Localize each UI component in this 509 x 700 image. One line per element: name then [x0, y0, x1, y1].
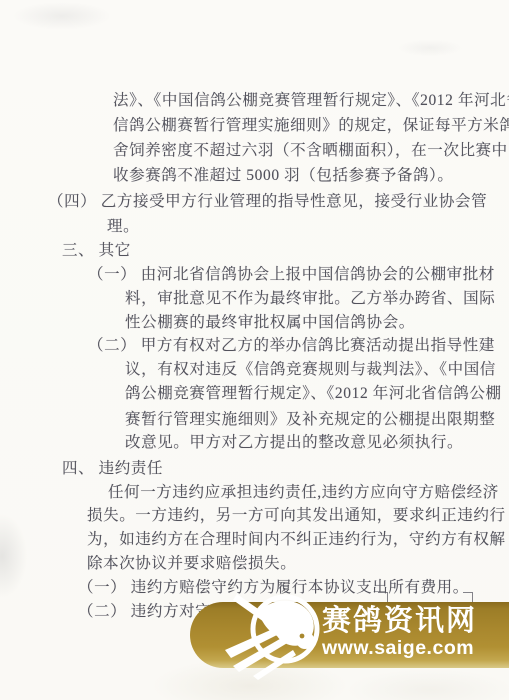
document-line: 舍饲养密度不超过六羽（不含晒棚面积），在一次比赛中 — [113, 138, 508, 160]
document-line: 议，有权对违反《信鸽竞赛规则与裁判法》、《中国信 — [125, 357, 496, 379]
document-line: （四） 乙方接受甲方行业管理的指导性意见，接受行业协会管 — [48, 189, 487, 211]
document-line: 信鸽公棚赛暂行管理实施细则》的规定，保证每平方米鸽 — [113, 113, 509, 135]
document-line: 法》、《中国信鸽公棚竞赛管理暂行规定》、《2012 年河北省 — [113, 88, 509, 110]
document-line: 改意见。甲方对乙方提出的整改意见必须执行。 — [125, 430, 463, 452]
document-line: （二） 甲方有权对乙方的举办信鸽比赛活动提出指导性建 — [88, 333, 495, 355]
document-line: 收参赛鸽不准超过 5000 羽（包括参赛予备鸽）。 — [113, 163, 454, 185]
document-line: 除本次协议并要求赔偿损失。 — [87, 551, 296, 573]
section-heading: 四、 违约责任 — [62, 456, 163, 478]
document-line: 性公棚赛的最终审批权属中国信鸽协会。 — [125, 310, 415, 332]
document-line: （一） 由河北省信鸽协会上报中国信鸽协会的公棚审批材 — [88, 262, 495, 284]
document-line: 料，审批意见不作为最终审批。乙方举办跨省、国际 — [125, 286, 495, 308]
document-line: 理。 — [107, 214, 139, 236]
section-heading: 三、 其它 — [62, 238, 131, 260]
document-line: 损失。一方违约，另一方可向其发出通知，要求纠正违约行 — [87, 503, 506, 525]
glyph-fragment — [378, 592, 388, 602]
document-line: 赛暂行管理实施细则》及补充规定的公棚提出限期整 — [125, 407, 495, 429]
watermark-site-name: 赛鸽资讯网 — [322, 605, 477, 637]
glyph-fragment — [463, 592, 473, 602]
pigeon-logo-icon — [225, 590, 345, 686]
document-line: 为，如违约方在合理时间内不纠正违约行为，守约方有权解 — [87, 527, 506, 549]
document-line: 任何一方违约应承担违约责任,违约方应向守方赔偿经济 — [108, 480, 499, 502]
scanned-document-page: 法》、《中国信鸽公棚竞赛管理暂行规定》、《2012 年河北省 信鸽公棚赛暂行管理… — [0, 0, 509, 700]
document-line: 鸽公棚竞赛管理暂行规定》、《2012 年河北省信鸽公棚 — [125, 381, 502, 403]
